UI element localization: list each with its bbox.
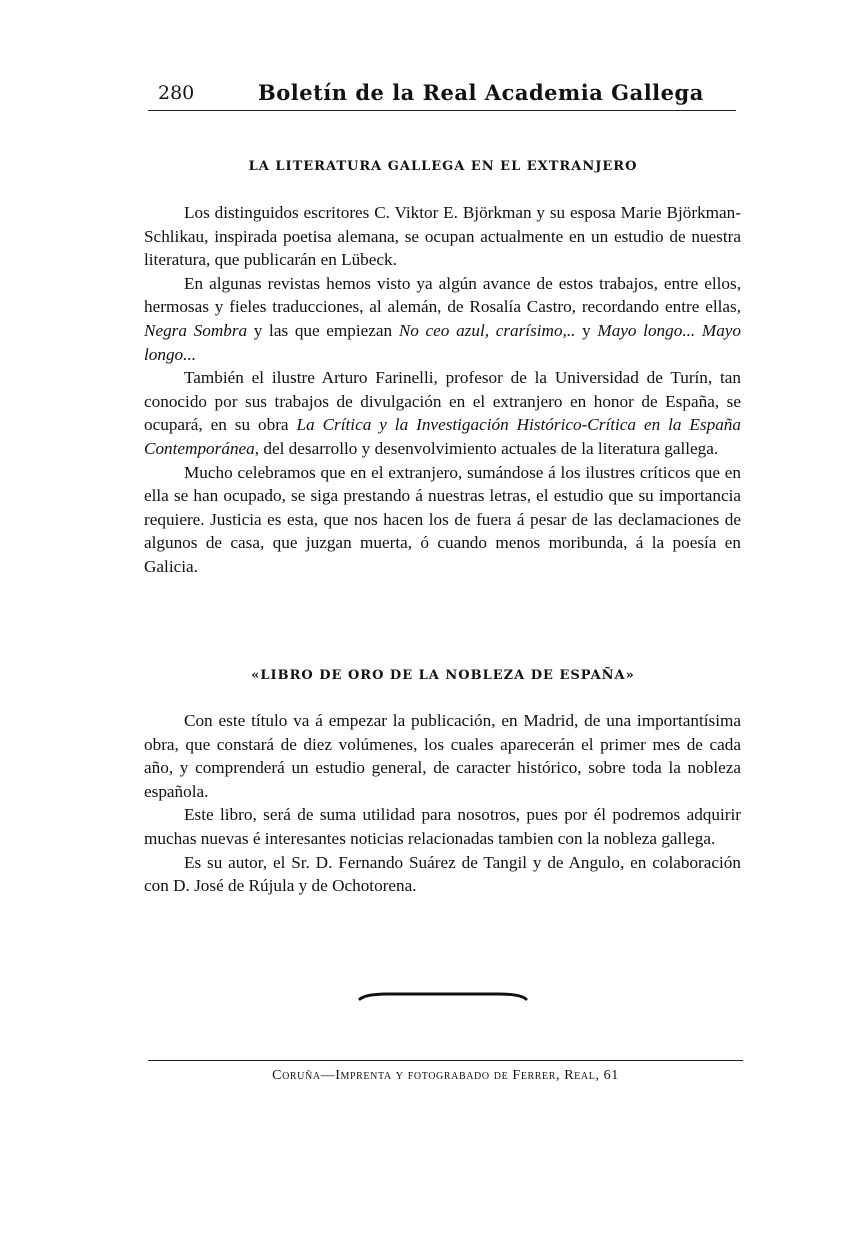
- journal-title: Boletín de la Real Academia Gallega: [258, 80, 704, 105]
- paragraph: Con este título va á empezar la publicac…: [144, 709, 741, 803]
- section-title-literatura-gallega: LA LITERATURA GALLEGA EN EL EXTRANJERO: [148, 159, 738, 174]
- page-number: 280: [158, 82, 194, 104]
- printer-imprint: Coruña—Imprenta y fotograbado de Ferrer,…: [148, 1068, 743, 1084]
- document-page: 280 Boletín de la Real Academia Gallega …: [0, 0, 850, 1243]
- paragraph: Mucho celebramos que en el extranjero, s…: [144, 461, 741, 579]
- footer-rule: [148, 1060, 743, 1061]
- header-rule: [148, 110, 736, 111]
- section-body-literatura-gallega: Los distinguidos escritores C. Viktor E.…: [144, 201, 741, 579]
- section-body-libro-de-oro: Con este título va á empezar la publicac…: [144, 709, 741, 898]
- running-head: 280 Boletín de la Real Academia Gallega: [158, 80, 736, 110]
- paragraph: También el ilustre Arturo Farinelli, pro…: [144, 366, 741, 460]
- paragraph: Los distinguidos escritores C. Viktor E.…: [144, 201, 741, 272]
- italic-title: No ceo azul, crarísimo,..: [399, 321, 576, 340]
- ornament-rule-icon: [358, 991, 528, 1001]
- section-title-libro-de-oro: «LIBRO DE ORO DE LA NOBLEZA DE ESPAÑA»: [148, 668, 738, 683]
- paragraph: Este libro, será de suma utilidad para n…: [144, 803, 741, 850]
- italic-title: Negra Sombra: [144, 321, 247, 340]
- paragraph: Es su autor, el Sr. D. Fernando Suárez d…: [144, 851, 741, 898]
- paragraph: En algunas revistas hemos visto ya algún…: [144, 272, 741, 366]
